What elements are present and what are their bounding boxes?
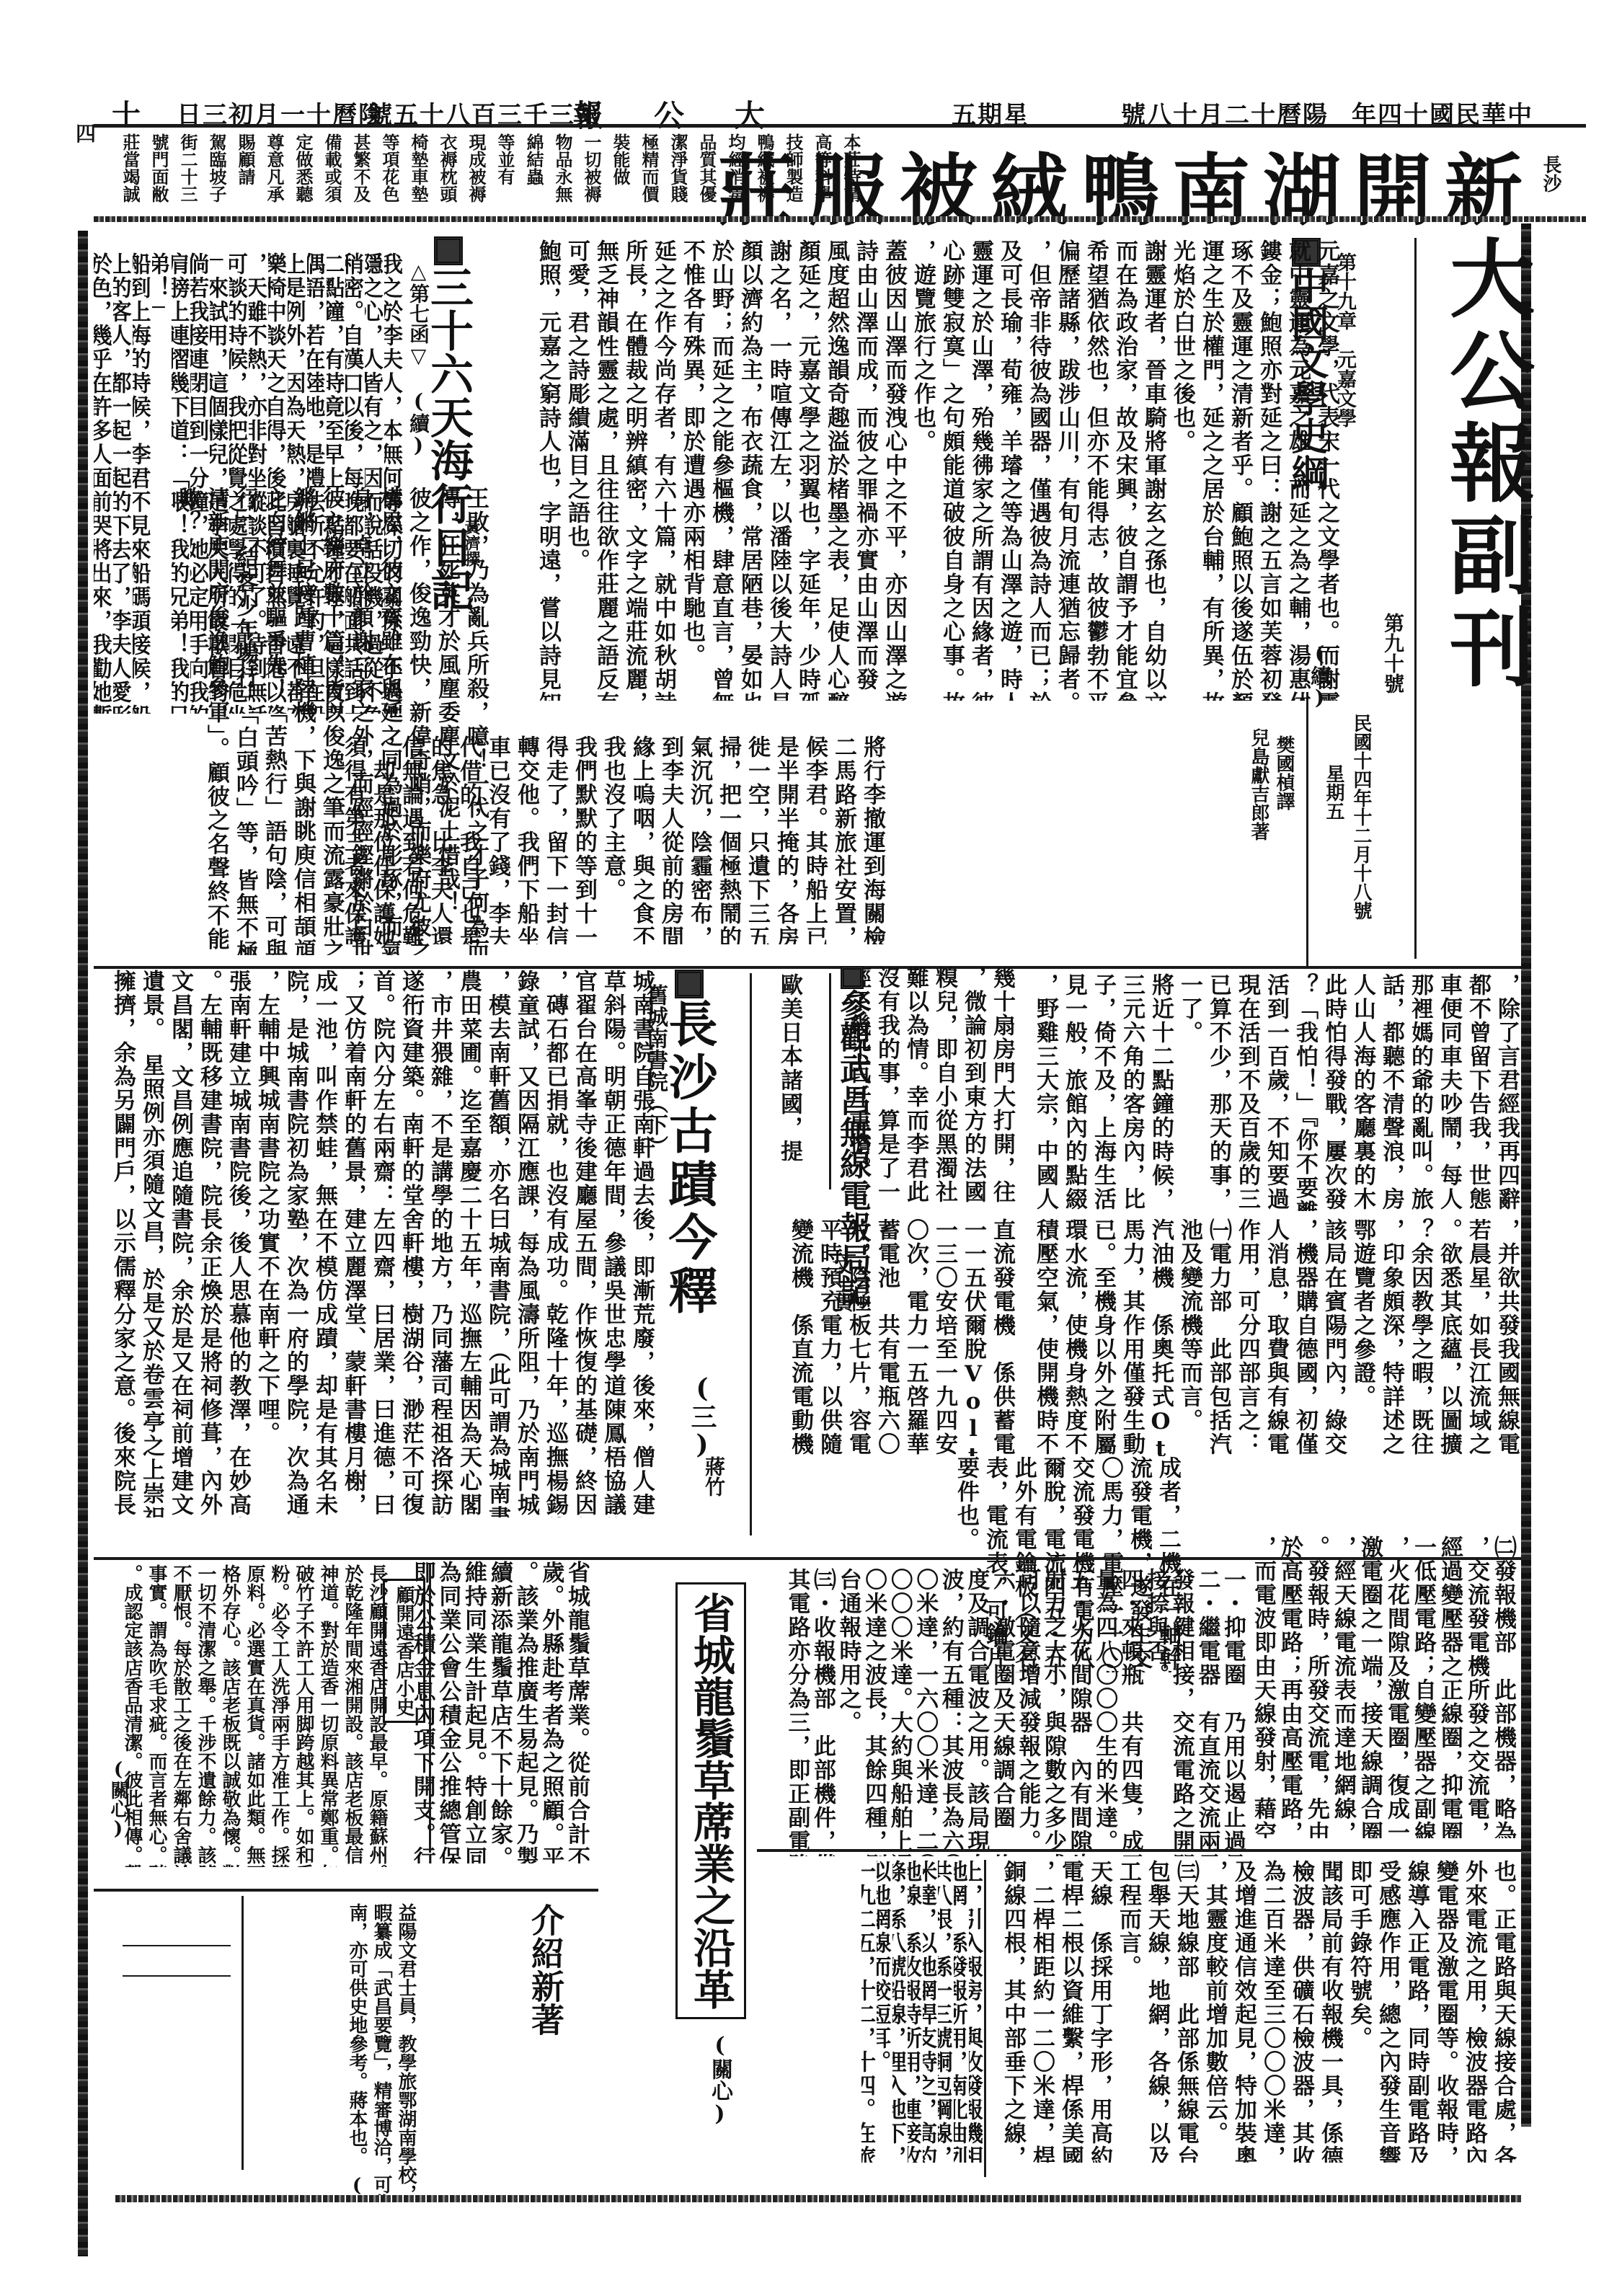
article-mat-industry: 省城龍鬚草蓆業之沿革 (關心) 省城龍鬚草蓆業。從前合計不上十家。均開設於倚德街… [598,1564,757,2199]
text-column: 變流機 係直流電動機與交流發電機合併而 [786,1218,815,1456]
text-column: 首。院內分左右兩齋：左四齋，曰居業，曰進德，曰主敬，曰存誠；右二齋，曰正誼，曰明… [368,970,396,1517]
text-column: 電桿二根以資維繫，桿係美國松木合四根拼成 [1056,1860,1085,2163]
text-column: ，却是那位任保護她的我，此刻點金無術，也 [368,735,396,944]
article-headline: 介紹新著 [522,1903,570,2036]
text-column: 一低壓電路；自變壓器之副線圈，連接來頓瓶 [1411,1535,1437,1838]
wireless-body-mid: 直流發電機 係供蓄電池充電之用，電壓自 一一五伏爾脫Volts至一六〇伏爾脫，電… [761,1218,1016,1456]
text-column: 成一池，叫作禁蛙，無在不模仿成蹟，却是有其名未必再有其景。自此城南書院成為通省的… [310,970,339,1517]
text-column: ；又仿着南軒的舊景，建立麗澤堂、蒙軒書樓月榭，又相傳南軒當時有個禁蛙池，也在大門… [339,970,368,1517]
text-column: 四・來頓瓶 共有四隻，成平行連接，其總 [1119,1568,1145,1856]
text-column: 條，係八號鉛線，埋入地下，其敷設形狀，略 [892,1860,908,2163]
article-body: 長沙顧開遠香店開設最早。原籍蘇州。 於乾隆年間來湘開設。該店老板最信 神道。對於… [108,1564,389,1867]
ad-col: 鴨絨被褥 [750,133,779,220]
text-column: 地線 係收報時所用，連接收報機，共二〇 [908,1860,923,2163]
text-column: ，左輔中興城南書院之功實不在南軒之下哩。 [252,970,281,1517]
text-column: 可以隨意增減發報之能力。 [1016,1568,1042,1856]
text-column: 五・火花間隙器 內有間隙片一四對，電波 [1068,1568,1094,1856]
ad-col: 物品永無 [548,133,577,220]
text-column: 米達，以地網桿支持之，高約四米達。 [923,1860,938,2163]
ad-col: 備載或須 [317,133,346,220]
text-column: 樂椅中談天之自得，後此習慣自然。香港以降 [268,252,288,714]
ad-col: 等並有 [490,133,519,220]
text-column: 遂衎資建築。南軒的堂舍軒樓，樹湖谷，渺茫不可復問，祇紫陽所書扁額四字僅存，仍榜諸… [396,970,425,1517]
text-column: ㈢・收報機部 此部機件，僅占一席之地。 [811,1568,837,1856]
text-column: 積壓空氣，使開機時不必借助人力也。 [1031,1218,1060,1456]
text-column: 一・抑電圈 乃用以遏止過量電流者。 [1221,1568,1247,1856]
wireless-title-divider [829,973,831,1189]
text-column: 聞該局前有收報機一具，係德律風式，所用 [1316,1860,1344,2163]
text-column: 也。正電路與天線接合處，各備有發報鍵與 [1489,1860,1517,2163]
text-column: 二・繼電器 有直流交流兩電路；直流電路 [1196,1568,1222,1856]
text-column: 工程而言。 [1114,1860,1143,2163]
text-column: 。欲悉其底蘊，以圖擴充，杜覬覦，不亦難乎 [1435,1218,1463,1456]
article-byline: 黃濟撰 [461,519,483,567]
text-column: 變電器及激電圈等。收報時，外來電波由天 [1431,1860,1460,2163]
section-emblem-icon [434,236,463,265]
section-emblem-icon [675,970,704,998]
text-column: 馬力，其作用僅發生動力，拖動直流發電機而 [1117,1218,1146,1456]
text-column: 氣沉沉，陰霾密布，冷清清好不悽慘。我們轉 [685,735,714,944]
article-subhead: △第七函▽ [404,260,433,368]
text-column: 弟！」 [152,252,172,714]
text-column: ，天雖不熱，亦非對坐縱談不可了。待到無話 [249,252,268,714]
text-column: 台通報時用之。 [837,1568,863,1856]
article-new-book [782,1860,869,2163]
text-column: ，模去南軒舊額，亦名曰城南書院，（此可謂為城南書院之僑置時代）。南軒舊院遂完全化… [483,970,512,1517]
text-column: 到李夫人從前的房間裡，她一進門，便伏在床 [656,735,685,944]
text-column: 一三〇安培至一九四安培，迴轉數每分鐘九〇 [930,1218,959,1456]
article-wireless-tail: 上，引入報房，與收發報機相接。 地網 係發報所用，南北曲列，成×形， 共八根，係… [861,1860,984,2163]
text-column: 緣上嗚咽，與之食不食，與之衣不衣，此時連 [627,735,656,944]
text-column: 其電路亦分為三，即正副電路與檢波器電路是 [786,1568,812,1856]
text-column: 六・激電圈及天線調合圈 均為增減自導感 [991,1568,1016,1856]
text-column: 益陽文君士員，教學旅鄂湖南學校，以其餘 [394,1903,418,2199]
text-column: 肩膀上連摺幾下道：「喂！我的兄弟！我的兄 [172,252,191,714]
text-column: 片，陰極板七片，容電量約有三〇〇安培時； [843,1218,872,1456]
text-column: 〇〇〇米達。大約與船舶上通報時，均用六〇 [888,1568,914,1856]
ad-col: 街二十三 [173,133,202,220]
ad-col: 技師製造 [779,133,807,220]
text-column: 歲。外縣赴考者為之照顧。平時常三五日無人上門及反正以來。習尚奢華。各行營業改良者… [540,1561,566,1863]
text-column: ，機器購自德國，初僅供軍事之用，旋兼通商 [1290,1218,1319,1456]
text-column: 南，亦可供史地參考。蔣本也。 (竹) [345,1903,369,2199]
text-column: 暇纂成「武昌要覽」，精審博洽，可作游行指 [369,1903,394,2199]
article-wireless-continued-lower: 也。正電路與天線接合處，各備有發報鍵與 外來電流之用，檢波器電路內有檢波器，附 … [988,1860,1517,2163]
text-column: 心跡雙寂寞」之句頗能道破彼自身之心事。故 [937,239,966,701]
ad-col: 高等科學 [807,133,836,220]
article-thirty-six-days: 三十六天海行日記 黃濟撰 △第七函▽ (續) 我之於李夫人，本無何等深切的關係，… [94,231,901,966]
text-column: 接捺與否。 [1145,1568,1171,1856]
ad-col: 尊意凡承 [260,133,288,220]
article-body: 益陽文君士員，教學旅鄂湖南學校，以其餘 暇纂成「武昌要覽」，精審博洽，可作游行指… [332,1903,418,2199]
text-column: 車已沒有了錢，李夫人給茶房的小費，還是我 [483,735,512,944]
text-column: 候李君。其時船上已闃無一人，房艙的門，都 [800,735,829,944]
article-changsha-relics: 長沙古蹟今釋 (三) 舊城南書院（下） 蔣竹 城南書院自張南軒過去後，即漸荒廢，… [94,970,750,1525]
text-column: 維持同業生計起見。特創立同業公會。限制新添舖店。限制少帶學徒。按牌各捐牌費洋十元… [462,1561,488,1863]
text-column: 波，約有五種：其波長為六〇〇米達，一二〇 [939,1568,965,1856]
text-column: 鄂遊覽者之參證。 [1348,1218,1377,1456]
text-column: ，經天線電流表而達地網線，又成一天線電路 [1331,1535,1357,1838]
section-emblem-icon [841,966,864,989]
ad-col: 椅墊車墊 [404,133,433,220]
text-column: 及增進通信效起見，特加裝奧定檢波器一具 [1229,1860,1258,2163]
ad-copy-columns: 本莊特請 高等科學 技師製造 鴨絨被褥 均經消毒 品質其優 潔淨貨賤 極精而價 … [108,133,865,220]
text-column: 〇米達，一六〇〇米達，二〇〇〇米達，及三 [914,1568,940,1856]
text-column: 線導入正電路，同時副電路及檢波器電路相 [1402,1860,1431,2163]
text-column: ，交流發電機所發之交流電，自電鑰板接出， [1464,1535,1491,1838]
article-body [782,1860,851,2163]
article-continued: (續) [404,389,433,457]
text-column: 徙一空，只遺下三五處破紙幾滴，留待船夫掃 [743,735,771,944]
text-column: 神道。對於造香一切原料異常鄭重。如 [316,1564,340,1867]
text-column: 直流發電機 係供蓄電池充電之用，電壓自 [988,1218,1016,1456]
text-column: 倘若我接連閉目到一分鐘，她必定用手向我的 [190,252,210,714]
youth-association-notice [123,1889,238,2191]
text-column: 遺景。 星照例亦須隨文昌，於是又於卷雲亭之上崇祀魁星。祠後舊有佛堂，燒香者屬的日… [137,970,166,1517]
text-column: 為二百米達至三〇〇〇米達，前歲為適於收報 [1258,1860,1287,2163]
text-column: 及可長瑜，荀雍，羊璿之等為山澤之遊，時人 [995,239,1024,701]
text-column: 格外存心。該店老板既以誠敬為懷。對於 [218,1564,242,1867]
article-part: (三) [684,1373,721,1460]
text-column: 一一五伏爾脫Volts至一六〇伏爾脫，電流自 [959,1218,988,1456]
text-column: 該局在賓陽門內，綠交通部。民國四年開辦 [1319,1218,1348,1456]
article-wireless-parts: 一・抑電圈 乃用以遏止過量電流者。 二・繼電器 有直流交流兩電路；直流電路 發報… [786,1568,1247,1856]
article-author: 兒島獻吉郎著 [1246,728,1272,841]
text-column: 人消息，取費與有線電報同。至其機器程式及 [1262,1218,1290,1456]
text-column: 我們默默的等到十一點鐘，李君還不見來，只 [570,735,598,944]
ad-col: 現成被褥 [461,133,490,220]
text-column: 船到上海的時候，李君不見來船碼頭接候，船 [133,252,152,714]
ad-bottom-rule [94,216,1586,222]
ad-col: 一切被褥 [577,133,606,220]
wireless-intro: 歐美日本諸國，提倡無線電報，不遺餘力 [761,973,804,1161]
text-column: 農田菜圃。迄至嘉慶二十五年，巡撫左輔因為天心閣下城南書院亦就頹廢，又離善化縣治不… [454,970,483,1517]
text-column: 〇米達之波長，其餘四種，則與陸地各無線電 [863,1568,889,1856]
left-frame-border [78,231,88,2256]
text-column: 長沙顧開遠香店開設最早。原籍蘇州。 [365,1564,389,1867]
text-column: 須得有第三者來保護他才行，同船的中國同學 [339,735,368,944]
text-column: 我也沒了主意。 [598,735,627,944]
text-column: 汽油機 係奧托式Otto System有二八 [1146,1218,1175,1456]
divider-newbook [984,1860,986,2177]
text-column: 運之生於權門，延之之居於台輔，有所異，故 [1197,239,1226,701]
notice-rule-top [123,1945,231,1946]
text-column: 包舉天線，地網，各線，以及電桿，地網桿等 [1143,1860,1171,2163]
article-byline: (關心) [704,2033,735,2127]
text-column: 原料。必選實在真貨。諸如此類。無不 [242,1564,267,1867]
text-column: 作用，可分四部言之： [1233,1218,1262,1456]
text-column: 琢不及靈運之清新者乎。顧鮑照以後遂伍於顏 [1226,239,1254,701]
text-column: 」來試用，這個樣兒，是李夫人所最厭看的， [210,252,229,714]
ad-col: 號門面敝 [144,133,173,220]
text-column: ，印象頗深，特詳述之，以供邦人之研究及來 [1377,1218,1406,1456]
ad-col: 賜顧請 [231,133,260,220]
text-column: 平時預充電力，以供隨時發報之用。 [815,1218,843,1456]
text-column: 上，引入報房，與收發報機相接。 [969,1860,984,2163]
article-incense-shop: 顧開遠香店小史 長沙顧開遠香店開設最早。原籍蘇州。 於乾隆年間來湘開設。該店老板… [108,1564,425,1867]
ad-col: 本莊特請 [836,133,865,220]
text-column: 可談的時候，我把從覺之處學得的「閉目危坐 [229,252,249,714]
text-column: 草斜陽。明朝正德年間，參議吳世忠學道陳鳳梧協議修復，未果，地址歸了藩府。嘉靖間，… [598,970,627,1517]
article-body: 城南書院自張南軒過去後，即漸荒廢，後來，僧人建立高峯寺於其地，以外祇有慧林破屋，… [105,970,656,1517]
text-column: 發報鍵相接，交流電路之開閉，繫於發報鍵 [1170,1568,1196,1856]
text-column: ，其靈度較前增加數倍云。 [1200,1860,1229,2163]
text-column: ，二桿相距約一二〇米達，桿頂懸一一號鉛絲 [1027,1860,1056,2163]
ad-col: 均經消毒 [721,133,750,220]
text-column: 環水流，使機身熱度不致過高；抽氣機，用以 [1060,1218,1089,1456]
text-column: 似地網線而較短耳。 [877,1860,892,2163]
text-column: 張南軒建立城南書院後，後人思慕他的教澤，在妙高峯建立南軒祠。後來書院廢了，祠却存… [223,970,252,1517]
text-column: 的焦急，比李夫人還要利害百倍，因為她是相 [425,735,454,944]
text-column: 光焰於白世之後也。 [1168,239,1197,701]
text-column: 蓄電池 共有電瓶六〇只，每只有陽極板六 [872,1218,901,1456]
text-column: 射力之大小，與隙數之多少成正比例，用此 [1042,1568,1068,1856]
article-body: 省城龍鬚草蓆業。從前合計不上十家。均開設於倚德街一帶。生易極小。貨價極昂純須科舉… [411,1561,591,1863]
text-column: 已。至機身以外之附屬機件，如抽水機用以循 [1089,1218,1117,1456]
text-column: ㈢天地線部 此部係無線電台外部之建設， [1171,1860,1200,2163]
text-column: 。發報時，所發交流電，先由低壓電路，感應 [1304,1535,1331,1838]
text-column: 錄童試，又因隔江應課，每為風濤所阻，乃於南門城內天心閣下建築學舍，為長沙一郡的書… [512,970,541,1517]
text-column: 城南書院自張南軒過去後，即漸荒廢，後來，僧人建立高峯寺於其地，以外祇有慧林破屋，… [627,970,656,1517]
text-column: 代借的，我自己也是囊空如洗了，我此時心裏 [454,735,483,944]
text-column: 激電圈之一端，接天線調合圈而接天線另一端 [1357,1535,1384,1838]
text-column: 二點鐘，有時竟至早上一點鐘才睡，這樣夜闌 [327,252,346,714]
text-column: 是半開半掩的，各房內的客人和行李，均已遷 [771,735,800,944]
text-column: 上的客人，都一起一起的下去了，李夫人愛形 [113,252,133,714]
text-column: ，遊覽旅行之作也。 [908,239,937,701]
article-call-for-papers: 介紹新著 益陽文君士員，教學旅鄂湖南學校，以其餘 暇纂成「武昌要覽」，精審博洽，… [260,1896,598,2199]
text-column: 〇次，電力一五啓羅華脫。 [901,1218,930,1456]
text-column: 粉。必令工人洗淨兩手方准工作。採購 [267,1564,291,1867]
text-column: 偏歷諸縣，跋涉山川，有旬月流連猶忘歸者。 [1052,239,1081,701]
relics-byline: 蔣竹 [699,1456,728,1497]
text-column: 續新添龍鬚草店不下十餘家。近來貨品愈造愈精。銷路日益發展。家數日見增多該同業人等… [488,1561,514,1863]
ad-col: 莊當竭誠 [115,133,144,220]
ad-col: 定做悉聽 [288,133,317,220]
text-column: 檢波器，供礦石檢波器，其收受之電波，長度 [1287,1860,1316,2163]
text-column: 得走了，留下一封信交給茶房，囑予李君到時 [541,735,570,944]
text-column: 地網 係發報所用，南北曲列，成×形， [954,1860,969,2163]
article-body: 我之於李夫人，本無何等深切的關係，不過惻 隱之心，人皆有之，因而說話投機，過從不… [94,252,404,714]
row3-rule-right [757,1849,1521,1852]
text-column: 文昌閣，文昌例應追隨書院，余於是又在祠前增建文星閣，崇祀文昌；外建卷雲亭，恢復南… [166,970,195,1517]
text-column: 歐美日本諸國，提倡無線電報，不遺餘力 [775,973,804,1161]
ad-region: 長沙 [1538,155,1564,192]
text-column: 量為四八〇〇〇生的米達。 [1094,1568,1120,1856]
text-column: 轉交他。我們下船坐人力車至預定旅館（坐汽 [512,735,541,944]
article-translator: 樊國楨譯 [1271,735,1298,810]
text-column: 偶語，若在陸地，是禮法所不允許的，但在船 [307,252,327,714]
ad-col: 極精而價 [634,133,663,220]
supplement-masthead: 大公報副刊 [1417,227,1517,717]
text-column: 官翟台在高峯寺後建廳屋五間，作恢復的基礎，終因無款作罷。清康熙間，易象乾等又謀修… [570,970,598,1517]
text-column: ？余因教學之暇，既往參觀，承該局發電實驗 [1406,1218,1435,1456]
ad-col: 潔淨貨賤 [663,133,692,220]
text-column: 事實。謂為吹毛求疵。而言者無心。聽者有意 [144,1564,169,1867]
text-column: 靈運之於山澤，殆幾彿家之所謂有因緣者，彼 [966,239,995,701]
text-column: 我之於李夫人，本無何等深切的關係，不過惻 [384,252,404,714]
text-column: 隱之心，人皆有之，因而說話投機，過從不免 [365,252,384,714]
text-column: 經過變壓器之正線圈，抑電圈，及繼電器，成 [1437,1535,1464,1838]
text-column: 院，是城南書院初為家塾，次為一府的學院，次為通省的書院。吾人所見的城南書院成於左… [281,970,310,1517]
text-column: ，而電波即由天線發射，藉空中以太之能力， [1251,1535,1277,1838]
ad-col: 衣褥枕頭 [433,133,461,220]
text-column: 而在為政治家，故及宋興，彼自謂予才能宜參 [1110,239,1139,701]
text-column: ，磚石都已捐就，也沒有成功。乾隆十年，巡撫楊錫紱以長沙府屬向學的日多，而嶽麓書院… [541,970,570,1517]
text-column: ㈡發報機部 此部機器，略為複雜。擇言之 [1491,1535,1517,1838]
article-wireless-continued: ㈡發報機部 此部機器，略為複雜。擇言之 ，交流發電機所發之交流電，自電鑰板接出，… [1251,1535,1517,1838]
text-column: 擁擠，余為另闢門戶，以示儒釋分家之意。後來院長陳本欽又在此增祀前後五忠並陳良屈原… [108,970,137,1517]
text-column: ㈠電力部 此部包括汽油機直流發電機蓄電 [1204,1218,1233,1456]
ad-col: 裝能做 [606,133,634,220]
text-column: 於高壓電路；再由高壓電路，感應於天線電路 [1277,1535,1304,1838]
cfp-divider [241,1896,244,2170]
text-column: 即可手錄符號矣。 [1344,1860,1373,2163]
ad-col: 等項花色 [375,133,404,220]
text-column: 二馬路新旅社安置，然後我們兩人再上船來等 [829,735,858,944]
text-column: 銅線四根，其中部垂下之線，繫於天線分線架 [998,1860,1027,2163]
incense-divider [429,1564,431,1853]
text-column: 省城龍鬚草蓆業。從前合計不上十家。均開設於倚德街一帶。生易極小。貨價極昂純須科舉… [565,1561,591,1863]
page-bottom-rule [115,2195,1521,2202]
text-column: 不厭恨。每於散工之後在左鄰右舍議論其干涉 [169,1564,193,1867]
text-column: ，市井猥雜，不是講學的地方，乃同藩司程祖洛探訪南軒舊地，仍在妙高峯下覓得舊基石址… [425,970,454,1517]
notice-rule-bottom [123,1975,231,1977]
text-column: 外來電流之用，檢波器電路內有檢波器，附 [1460,1860,1489,2163]
vertical-rule-mid [750,973,752,1535]
masthead-rule [94,124,1586,128]
text-column: 上是例外，因為天熱，房艙裏睡覺，遠不若安 [288,252,307,714]
masthead-divider [1414,238,1417,959]
article-headline: 省城龍鬚草蓆業之沿革 [675,1582,746,2019]
text-column: 鏤金；鮑照亦對延之曰：謝之五言如芙蓉初發 [1254,239,1283,701]
text-column: 稍密。自漢口以後，每晚都要在船面共話到十 [345,252,365,714]
text-column: 。左輔既移建書院，院長余正煥於是將祠修葺，內外一新。當書院在城內時，在天心閣上設… [195,970,223,1517]
text-column: 若晨星，如長江流域之大，其中都僅武昌一局 [1463,1218,1492,1456]
text-column: 元嘉之文學，代表宋一代之文學者也。而謝靈 [1312,239,1341,701]
text-column: 天線 係採用丁字形，用高約六〇餘米達之 [1085,1860,1114,2163]
ad-col: 品質其優 [692,133,721,220]
text-column: 為同業公會公積金公推總管保存生息。每年稽查新添舖店及各店學徒。每年辦理財神會一次 [437,1561,463,1863]
ad-banner: 長沙 新開湖南鴨絨被服莊 本莊特請 高等科學 技師製造 鴨絨被褥 均經消毒 品質… [94,130,1593,223]
text-column: 謝靈運者，晉車騎將軍謝玄之孫也，自幼以文 [1139,239,1168,701]
text-column: 。該業為推廣生易起見。乃製造漆皮龍鬚草蓆。銷行大暢。常有缺貨之嘆。於是犂頭街一帶… [514,1561,540,1863]
article-body-lower: 將行李撤運到海關檢驗，另在中國同學言君帶往 二馬路新旅社安置，然後我們兩人再上船… [94,735,887,944]
text-column: 希望猶依然也，但亦不能得志，故彼鬱勃不平 [1081,239,1110,701]
text-column: 度及調合電波之用。該局現在調合應用之電 [965,1568,991,1856]
text-column: 於乾隆年間來湘開設。該店老板最信 [340,1564,365,1867]
text-column: 掃，把一個極熱鬧的場所，在一小時內弄得鬼 [714,735,743,944]
text-column: 就中靈運為元嘉之雄，而延之為之輔，湯惠休 [1283,239,1312,701]
article-byline: (關心) [105,1759,132,1840]
text-column: ，火花間隙及激電圈，復成一高壓電路；再由 [1384,1535,1411,1838]
ad-col: 駕臨坡子 [202,133,231,220]
text-column: 共八根，係一三號銅包鋼線，每條長約二五〇 [938,1860,953,2163]
ad-col: 綿結蟲 [519,133,548,220]
ad-col: 甚繁不及 [346,133,375,220]
text-column: 信無論遇到若何危難，我是定會出力保護她的 [396,735,425,944]
text-column: 於色，幾乎在許多人面前哭將出來，我勸她暫 [94,252,113,714]
text-column: 將行李撤運到海關檢驗，另在中國同學言君帶往 [858,735,887,944]
wireless-body-right: ，并欲共發我國無線電業；而我國自辦者，寥 若晨星，如長江流域之大，其中都僅武昌一… [1016,1218,1521,1456]
text-column: 池及變流機等而言。 [1175,1218,1204,1456]
text-column: 破竹子不許工人用脚跨越其上。如和香 [291,1564,316,1867]
text-column: ，并欲共發我國無線電業；而我國自辦者，寥 [1492,1218,1521,1456]
text-column: 一切不清潔之舉。千涉不遺餘力。該號 [193,1564,218,1867]
text-column: 受感應作用，總之內發生音響，而收報者 [1373,1860,1402,2163]
supplement-title: 大公報副刊 [1424,234,1546,696]
text-column: ，但帝非待彼為國器，僅遇彼為詩人而已；於 [1024,239,1052,701]
